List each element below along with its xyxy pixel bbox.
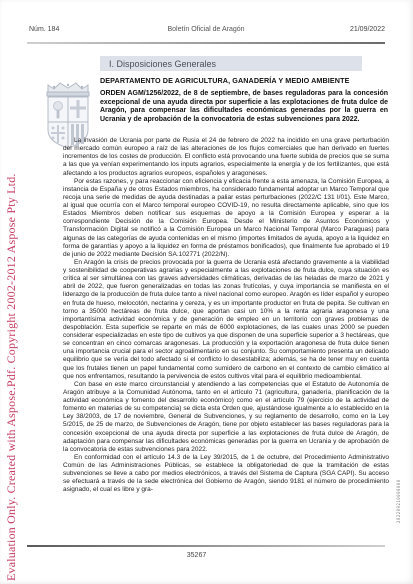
page-number: 35267 xyxy=(0,552,393,559)
boa-document-page: Núm. 184 Boletín Oficial de Aragón 21/09… xyxy=(0,0,413,584)
department-heading: DEPARTAMENTO DE AGRICULTURA, GANADERÍA Y… xyxy=(100,76,390,85)
body-paragraph: Con base en este marco circunstancial y … xyxy=(63,381,389,454)
order-body: La invasión de Ucrania por parte de Rusi… xyxy=(63,137,389,495)
header-rule xyxy=(27,42,385,44)
order-title: ORDEN AGM/1256/2022, de 8 de septiembre,… xyxy=(100,90,388,124)
section-title: I. Disposiciones Generales xyxy=(109,59,216,69)
publication-title: Boletín Oficial de Aragón xyxy=(27,26,385,33)
page-header: Núm. 184 Boletín Oficial de Aragón 21/09… xyxy=(27,26,385,38)
body-paragraph: En conformidad con el artículo 14.3 de l… xyxy=(63,454,389,495)
section-heading: I. Disposiciones Generales xyxy=(100,56,362,71)
footer-rule xyxy=(27,545,385,547)
body-paragraph: En Aragón la crisis de precios provocada… xyxy=(63,259,389,381)
aspose-watermark: Evaluation Only. Created with Aspose.Pdf… xyxy=(4,103,19,581)
body-paragraph: Por estas razones, y para reaccionar con… xyxy=(63,178,389,259)
body-paragraph: La invasión de Ucrania por parte de Rusi… xyxy=(63,137,389,178)
margin-verification-code: 202209210000000 xyxy=(396,428,401,523)
publication-date: 21/09/2022 xyxy=(350,26,385,33)
